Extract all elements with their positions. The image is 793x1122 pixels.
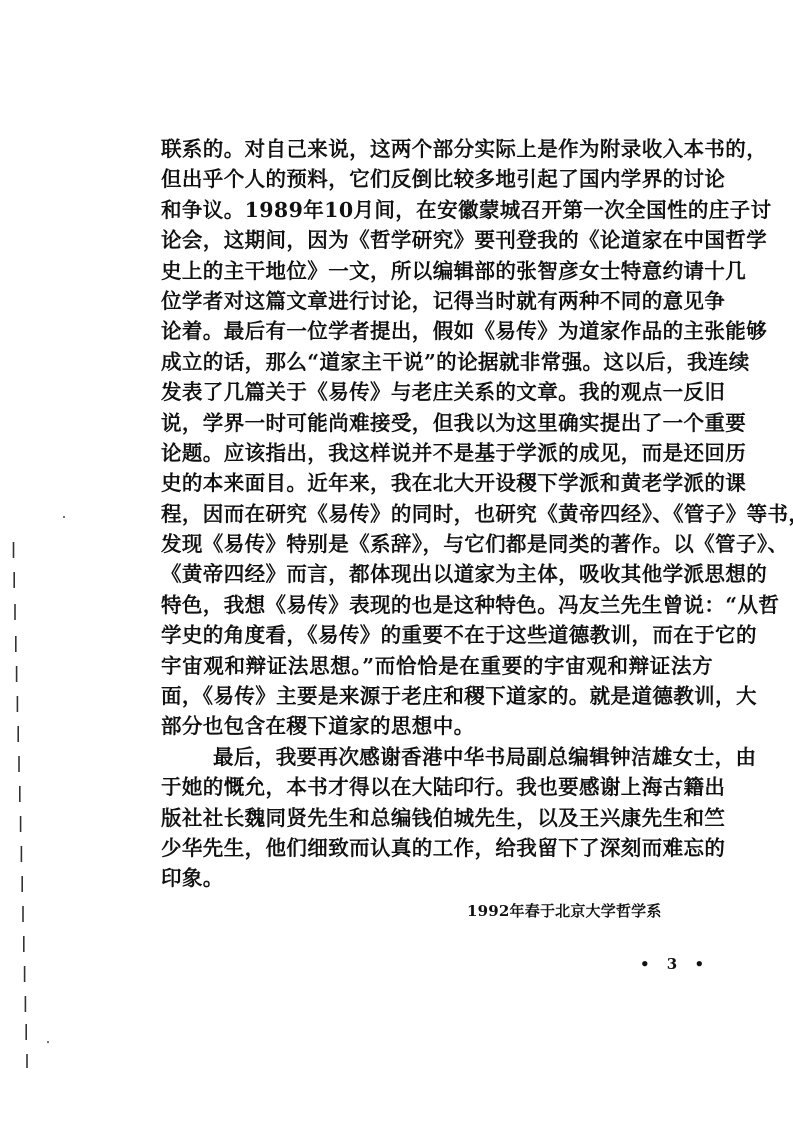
text-line: 少华先生，他们细致而认真的工作，给我留下了深刻而难忘的 bbox=[161, 833, 713, 863]
signature-line: 1992年春于北京大学哲学系 bbox=[467, 899, 662, 923]
text-line: 于她的慨允，本书才得以在大陆印行。我也要感谢上海古籍出 bbox=[161, 772, 713, 802]
text-line: 版社社长魏同贤先生和总编钱伯城先生，以及王兴康先生和竺 bbox=[161, 803, 713, 833]
text-line: 《黄帝四经》而言，都体现出以道家为主体，吸收其他学派思想的 bbox=[161, 559, 713, 589]
text-line: 印象。 bbox=[161, 863, 713, 893]
speck-mark bbox=[63, 516, 65, 518]
body-text: 联系的。对自己来说，这两个部分实际上是作为附录收入本书的， 但出乎个人的预料，它… bbox=[161, 134, 713, 894]
text-line: 宇宙观和辩证法思想。”而恰恰是在重要的宇宙观和辩证法方 bbox=[161, 651, 713, 681]
paragraph-2: 最后，我要再次感谢香港中华书局副总编辑钟洁雄女士，由 于她的慨允，本书才得以在大… bbox=[161, 742, 713, 894]
text-line: 学史的角度看，《易传》的重要不在于这些道德教训，而在于它的 bbox=[161, 620, 713, 650]
page-number: • 3 • bbox=[640, 952, 710, 976]
text-line: 史的本来面目。近年来，我在北大开设稷下学派和黄老学派的课 bbox=[161, 468, 713, 498]
binding-dash-icon bbox=[0, 0, 60, 1122]
paragraph-1: 联系的。对自己来说，这两个部分实际上是作为附录收入本书的， 但出乎个人的预料，它… bbox=[161, 134, 713, 742]
text-line: 论着。最后有一位学者提出，假如《易传》为道家作品的主张能够 bbox=[161, 316, 713, 346]
text-line: 程，因而在研究《易传》的同时，也研究《黄帝四经》、《管子》等书， bbox=[161, 499, 713, 529]
text-line: 最后，我要再次感谢香港中华书局副总编辑钟洁雄女士，由 bbox=[161, 742, 713, 772]
text-line: 成立的话，那么“道家主干说”的论据就非常强。这以后，我连续 bbox=[161, 347, 713, 377]
text-line: 面，《易传》主要是来源于老庄和稷下道家的。就是道德教训，大 bbox=[161, 681, 713, 711]
text-line: 论会，这期间，因为《哲学研究》要刊登我的《论道家在中国哲学 bbox=[161, 225, 713, 255]
text-line: 发表了几篇关于《易传》与老庄关系的文章。我的观点一反旧 bbox=[161, 377, 713, 407]
document-page: 联系的。对自己来说，这两个部分实际上是作为附录收入本书的， 但出乎个人的预料，它… bbox=[0, 0, 793, 1122]
text-line: 发现《易传》特别是《系辞》，与它们都是同类的著作。以《管子》、 bbox=[161, 529, 713, 559]
text-line: 和争议。1989年10月间，在安徽蒙城召开第一次全国性的庄子讨 bbox=[161, 195, 713, 225]
text-line: 位学者对这篇文章进行讨论，记得当时就有两种不同的意见争 bbox=[161, 286, 713, 316]
text-line: 联系的。对自己来说，这两个部分实际上是作为附录收入本书的， bbox=[161, 134, 713, 164]
speck-mark bbox=[47, 1041, 49, 1043]
binding-marks bbox=[0, 0, 60, 1122]
text-line: 史上的主干地位》一文，所以编辑部的张智彦女士特意约请十几 bbox=[161, 256, 713, 286]
text-line: 论题。应该指出，我这样说并不是基于学派的成见，而是还回历 bbox=[161, 438, 713, 468]
text-line: 但出乎个人的预料，它们反倒比较多地引起了国内学界的讨论 bbox=[161, 164, 713, 194]
text-line: 特色，我想《易传》表现的也是这种特色。冯友兰先生曾说：“从哲 bbox=[161, 590, 713, 620]
text-line: 部分也包含在稷下道家的思想中。 bbox=[161, 711, 713, 741]
text-line: 说，学界一时可能尚难接受，但我以为这里确实提出了一个重要 bbox=[161, 408, 713, 438]
